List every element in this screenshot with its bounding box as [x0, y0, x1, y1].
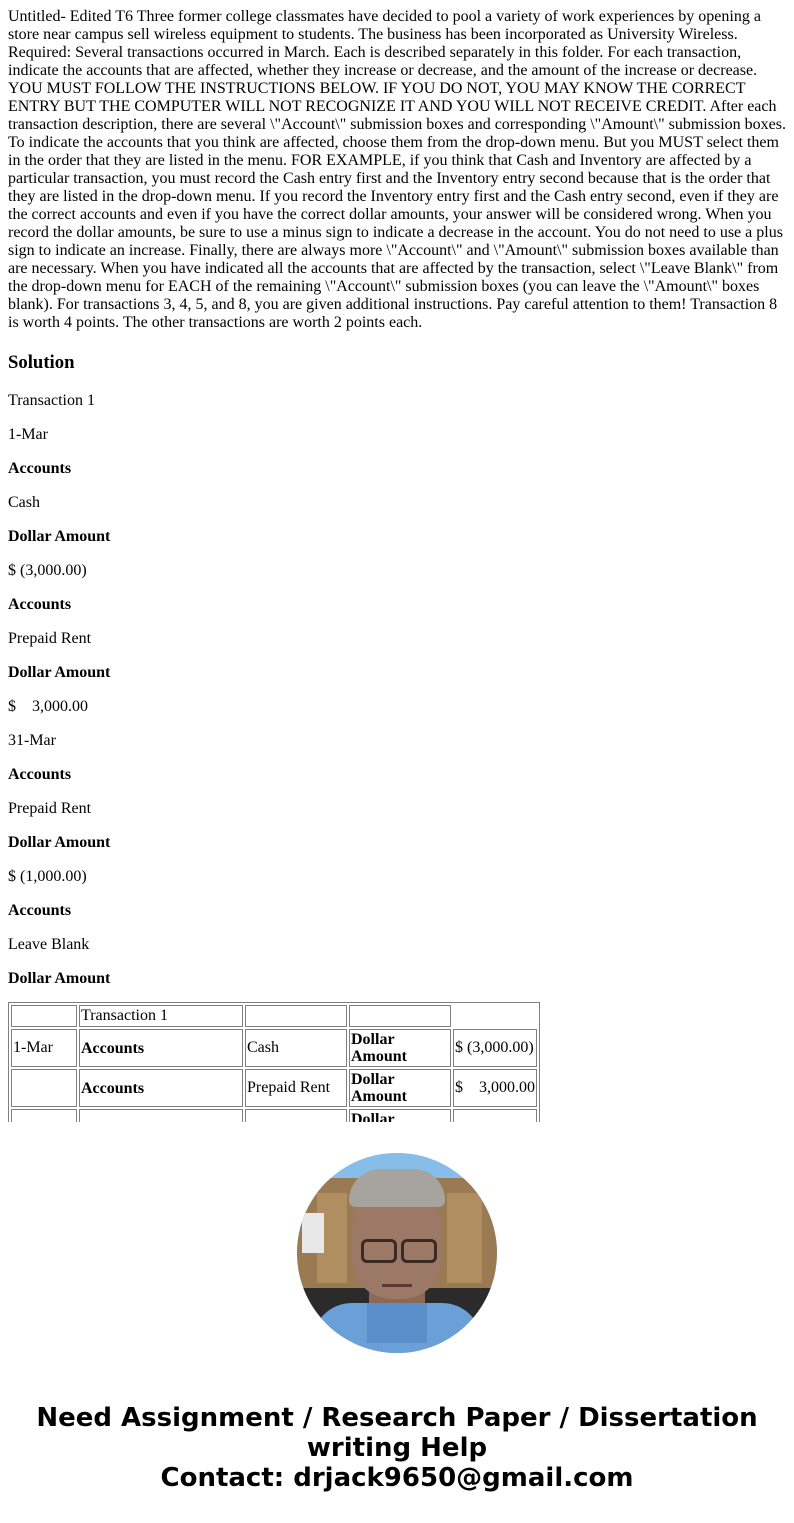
accounts-label: Accounts [8, 766, 786, 784]
accounts-label: Accounts [8, 902, 786, 920]
entry-date: 31-Mar [8, 732, 786, 750]
solution-heading: Solution [8, 352, 786, 374]
table-header-row: Transaction 1 [11, 1005, 537, 1027]
amount-label-line: Amount [351, 1048, 407, 1065]
accounts-label-cell: Accounts [79, 1029, 243, 1067]
amount-cell: $ 3,000.00 [453, 1069, 537, 1107]
dollar-amount-value: $ (1,000.00) [8, 868, 786, 886]
table-cell [245, 1005, 347, 1027]
amount-label-line: Dollar [351, 1071, 395, 1088]
table-cell [11, 1005, 77, 1027]
table-row: Accounts Prepaid Rent Dollar Amount $ 3,… [11, 1069, 537, 1107]
dollar-amount-label: Dollar Amount [8, 664, 786, 682]
amount-value: (3,000.00) [467, 1039, 534, 1056]
account-cell: Prepaid Rent [245, 1069, 347, 1107]
accounts-label-cell [79, 1109, 243, 1122]
page-content: Untitled- Edited T6 Three former college… [0, 0, 794, 1122]
promo-banner: Need Assignment / Research Paper / Disse… [0, 1403, 794, 1493]
account-value: Prepaid Rent [8, 630, 786, 648]
amount-label-line: Amount [351, 1088, 407, 1105]
date-cell: 1-Mar [11, 1029, 77, 1067]
table-row: Dollar Amount [11, 1109, 537, 1122]
table-cell [349, 1005, 451, 1027]
transaction-label: Transaction 1 [8, 392, 786, 410]
account-cell: Cash [245, 1029, 347, 1067]
author-avatar [297, 1153, 497, 1353]
accounts-label-cell: Accounts [79, 1069, 243, 1107]
account-cell [245, 1109, 347, 1122]
amount-label-line: Dollar [351, 1031, 395, 1048]
promo-line: Need Assignment / Research Paper / Disse… [0, 1403, 794, 1433]
amount-cell [453, 1109, 537, 1122]
solution-body: Transaction 1 1-Mar Accounts Cash Dollar… [8, 392, 786, 988]
amount-label-cell: Dollar Amount [349, 1069, 451, 1107]
accounts-label: Accounts [8, 596, 786, 614]
dollar-amount-label: Dollar Amount [8, 528, 786, 546]
dollar-amount-value: $ (3,000.00) [8, 562, 786, 580]
dollar-amount-label: Dollar Amount [8, 834, 786, 852]
table-header-cell: Transaction 1 [79, 1005, 243, 1027]
amount-label-cell: Dollar Amount [349, 1029, 451, 1067]
date-cell [11, 1069, 77, 1107]
entry-date: 1-Mar [8, 426, 786, 444]
solution-table: Transaction 1 1-Mar Accounts Cash Dollar… [8, 1002, 540, 1122]
currency-symbol: $ [455, 1079, 463, 1097]
promo-contact: Contact: drjack9650@gmail.com [0, 1463, 794, 1493]
promo-line: writing Help [0, 1433, 794, 1463]
amount-value: 3,000.00 [479, 1079, 535, 1097]
amount-label-cell: Dollar Amount [349, 1109, 451, 1122]
currency-symbol: $ [455, 1039, 463, 1056]
solution-table-container: Transaction 1 1-Mar Accounts Cash Dollar… [8, 1002, 786, 1122]
table-row: 1-Mar Accounts Cash Dollar Amount $ (3,0… [11, 1029, 537, 1067]
amount-cell: $ (3,000.00) [453, 1029, 537, 1067]
accounts-label: Accounts [8, 460, 786, 478]
dollar-amount-label: Dollar Amount [8, 970, 786, 988]
amount-label-line: Dollar [351, 1111, 395, 1122]
account-value: Leave Blank [8, 936, 786, 954]
account-value: Prepaid Rent [8, 800, 786, 818]
account-value: Cash [8, 494, 786, 512]
date-cell [11, 1109, 77, 1122]
table-cell [453, 1005, 537, 1027]
question-text: Untitled- Edited T6 Three former college… [8, 8, 786, 332]
dollar-amount-value: $ 3,000.00 [8, 698, 786, 716]
